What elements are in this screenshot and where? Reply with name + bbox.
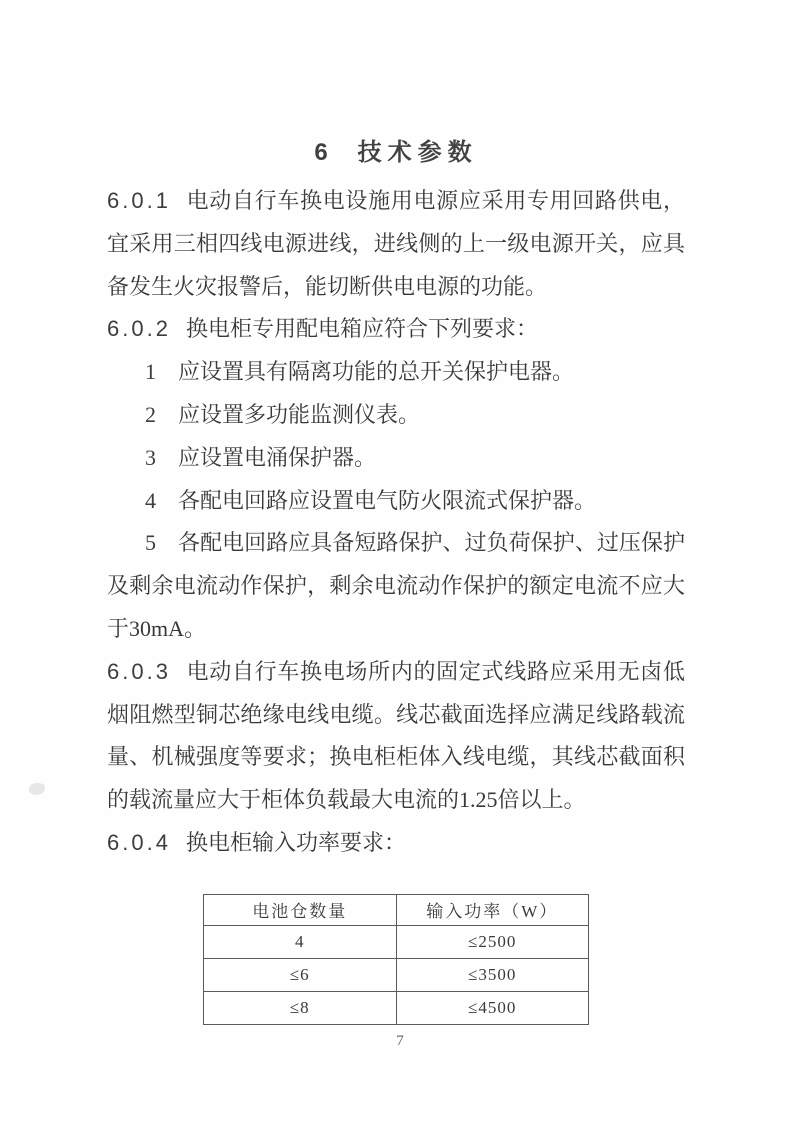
table-header-battery-count: 电池仓数量 <box>204 894 397 925</box>
clause-6-0-1-number: 6.0.1 <box>107 188 171 213</box>
requirement-1-text: 应设置具有隔离功能的总开关保护电器。 <box>178 359 574 384</box>
table-cell-battery-count: ≤8 <box>204 991 397 1024</box>
table-header-input-power: 输入功率（W） <box>396 894 589 925</box>
clause-6-0-1-text: 电动自行车换电设施用电源应采用专用回路供电，宜采用三相四线电源进线，进线侧的上一… <box>107 188 685 299</box>
requirement-2-text: 应设置多功能监测仪表。 <box>178 402 420 427</box>
requirement-2-number: 2 <box>145 402 156 427</box>
table-cell-battery-count: 4 <box>204 925 397 958</box>
table-row: 4 ≤2500 <box>204 925 589 958</box>
requirement-3-number: 3 <box>145 445 156 470</box>
clause-6-0-4: 6.0.4换电柜输入功率要求： <box>107 822 685 865</box>
requirement-item-1: 1应设置具有隔离功能的总开关保护电器。 <box>107 351 685 394</box>
section-number: 6 <box>314 139 327 166</box>
table-row: ≤8 ≤4500 <box>204 991 589 1024</box>
clause-6-0-3-text: 电动自行车换电场所内的固定式线路应采用无卤低烟阻燃型铜芯绝缘电线电缆。线芯截面选… <box>107 659 685 812</box>
table-cell-input-power: ≤2500 <box>396 925 589 958</box>
requirement-4-text: 各配电回路应设置电气防火限流式保护器。 <box>178 488 596 513</box>
requirement-item-5: 5各配电回路应具备短路保护、过负荷保护、过压保护及剩余电流动作保护，剩余电流动作… <box>107 522 685 650</box>
scan-artifact-smudge <box>29 783 45 795</box>
clause-6-0-4-text: 换电柜输入功率要求： <box>186 830 406 855</box>
requirement-item-3: 3应设置电涌保护器。 <box>107 437 685 480</box>
document-body: 6技术参数 6.0.1电动自行车换电设施用电源应采用专用回路供电，宜采用三相四线… <box>107 136 685 1025</box>
clause-6-0-2-number: 6.0.2 <box>107 316 171 341</box>
section-title-text: 技术参数 <box>358 139 478 166</box>
section-title: 6技术参数 <box>107 136 685 170</box>
requirement-5-text: 各配电回路应具备短路保护、过负荷保护、过压保护及剩余电流动作保护，剩余电流动作保… <box>107 530 685 641</box>
clause-6-0-1: 6.0.1电动自行车换电设施用电源应采用专用回路供电，宜采用三相四线电源进线，进… <box>107 180 685 308</box>
table-header-row: 电池仓数量 输入功率（W） <box>204 894 589 925</box>
requirement-item-4: 4各配电回路应设置电气防火限流式保护器。 <box>107 480 685 523</box>
requirement-3-text: 应设置电涌保护器。 <box>178 445 376 470</box>
requirement-1-number: 1 <box>145 359 156 384</box>
clause-6-0-2-text: 换电柜专用配电箱应符合下列要求： <box>186 316 538 341</box>
table-cell-input-power: ≤4500 <box>396 991 589 1024</box>
clause-6-0-4-number: 6.0.4 <box>107 830 171 855</box>
clause-6-0-3-number: 6.0.3 <box>107 659 171 684</box>
table-row: ≤6 ≤3500 <box>204 958 589 991</box>
page-number: 7 <box>0 1033 800 1050</box>
input-power-table: 电池仓数量 输入功率（W） 4 ≤2500 ≤6 ≤3500 ≤8 ≤4500 <box>203 894 589 1025</box>
clause-6-0-2: 6.0.2换电柜专用配电箱应符合下列要求： <box>107 308 685 351</box>
document-page: 6技术参数 6.0.1电动自行车换电设施用电源应采用专用回路供电，宜采用三相四线… <box>0 0 800 1131</box>
clause-6-0-3: 6.0.3电动自行车换电场所内的固定式线路应采用无卤低烟阻燃型铜芯绝缘电线电缆。… <box>107 651 685 822</box>
requirement-5-number: 5 <box>145 530 156 555</box>
requirement-4-number: 4 <box>145 488 156 513</box>
requirement-item-2: 2应设置多功能监测仪表。 <box>107 394 685 437</box>
table-cell-battery-count: ≤6 <box>204 958 397 991</box>
table-cell-input-power: ≤3500 <box>396 958 589 991</box>
